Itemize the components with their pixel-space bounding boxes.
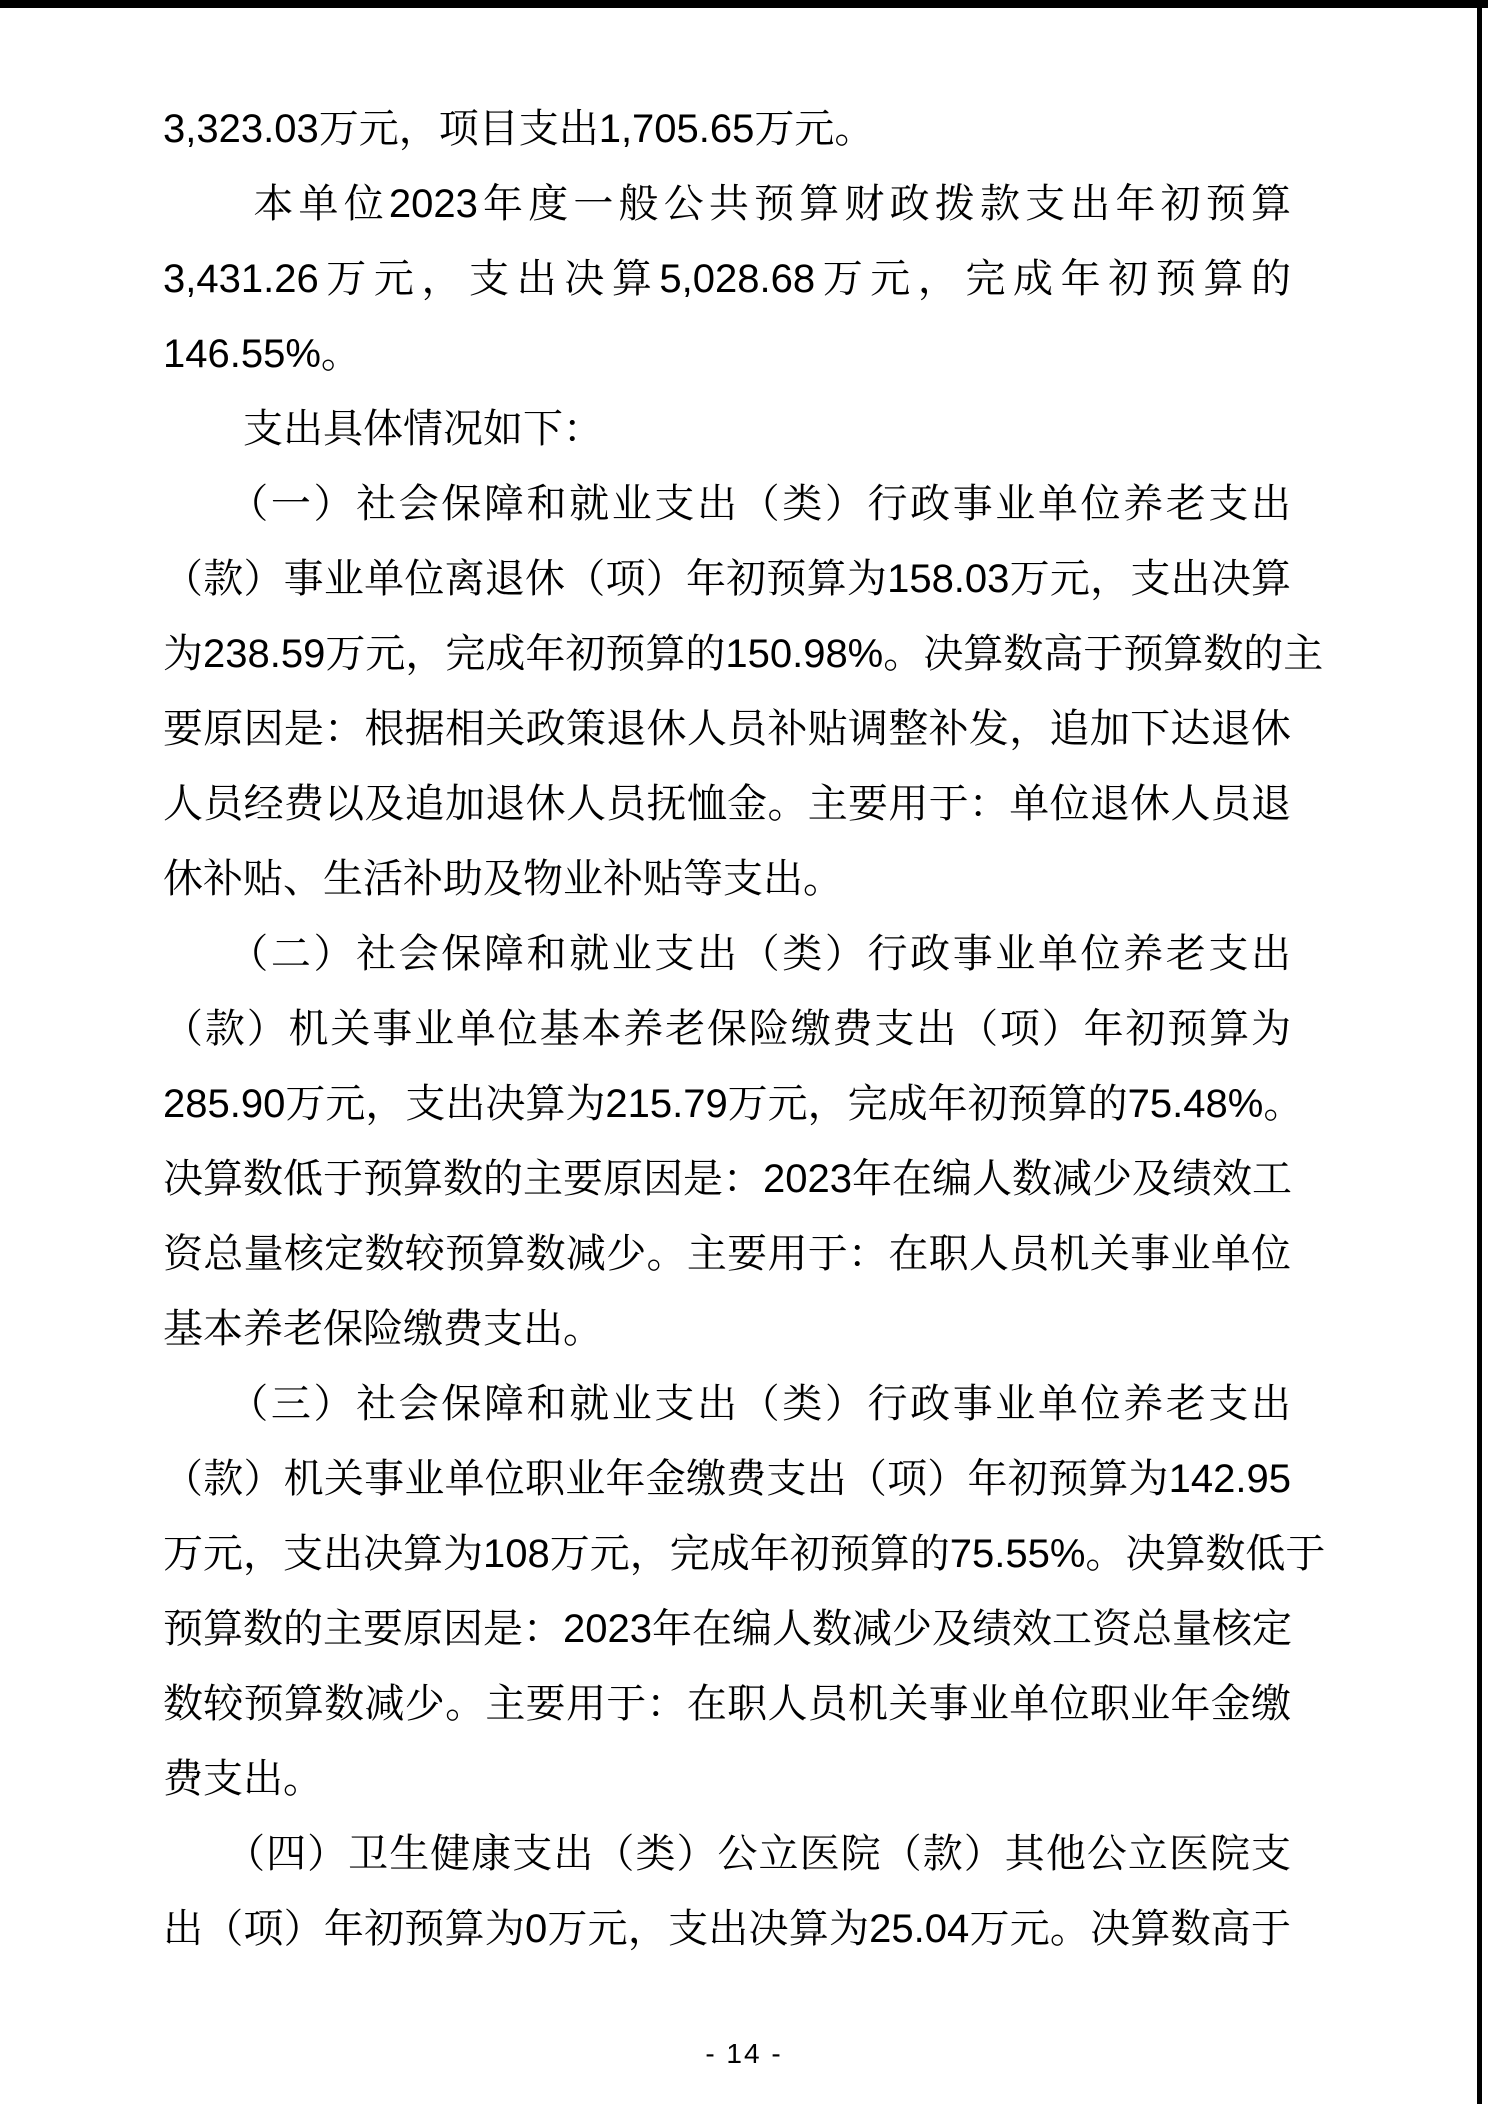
scan-artifact-right-edge (1477, 0, 1482, 2104)
text-line: 万元，支出决算为108万元，完成年初预算的75.55%。决算数低于 (163, 1517, 1291, 1592)
text-line: 人员经费以及追加退休人员抚恤金。主要用于：单位退休人员退 (163, 767, 1291, 842)
text-line: 数较预算数减少。主要用于：在职人员机关事业单位职业年金缴 (163, 1667, 1291, 1742)
text-line: 休补贴、生活补助及物业补贴等支出。 (163, 842, 1291, 917)
text-line: （款）机关事业单位职业年金缴费支出（项）年初预算为142.95 (163, 1442, 1291, 1517)
text-line: 决算数低于预算数的主要原因是：2023年在编人数减少及绩效工 (163, 1142, 1291, 1217)
text-line: 146.55%。 (163, 317, 1291, 392)
text-line: （款）机关事业单位基本养老保险缴费支出（项）年初预算为 (163, 992, 1291, 1067)
text-line: 3,323.03万元，项目支出1,705.65万元。 (163, 92, 1291, 167)
text-line: 资总量核定数较预算数减少。主要用于：在职人员机关事业单位 (163, 1217, 1291, 1292)
text-line: 3,431.26万元，支出决算5,028.68万元，完成年初预算的 (163, 242, 1291, 317)
text-line: 285.90万元，支出决算为215.79万元，完成年初预算的75.48%。 (163, 1067, 1291, 1142)
document-page: 3,323.03万元，项目支出1,705.65万元。 本单位2023年度一般公共… (0, 0, 1488, 2104)
text-line: 为238.59万元，完成年初预算的150.98%。决算数高于预算数的主 (163, 617, 1291, 692)
text-line: 出（项）年初预算为0万元，支出决算为25.04万元。决算数高于 (163, 1892, 1291, 1967)
page-number: - 14 - (0, 2038, 1488, 2070)
text-line: 本单位2023年度一般公共预算财政拨款支出年初预算 (163, 167, 1291, 242)
text-line: 要原因是：根据相关政策退休人员补贴调整补发，追加下达退休 (163, 692, 1291, 767)
text-line: 基本养老保险缴费支出。 (163, 1292, 1291, 1367)
body-text: 3,323.03万元，项目支出1,705.65万元。 本单位2023年度一般公共… (163, 92, 1291, 1967)
text-line: （二）社会保障和就业支出（类）行政事业单位养老支出 (163, 917, 1291, 992)
text-line: 预算数的主要原因是：2023年在编人数减少及绩效工资总量核定 (163, 1592, 1291, 1667)
scan-artifact-top-edge (0, 0, 1488, 8)
text-line: 支出具体情况如下： (163, 392, 1291, 467)
text-line: （四）卫生健康支出（类）公立医院（款）其他公立医院支 (163, 1817, 1291, 1892)
text-line: （一）社会保障和就业支出（类）行政事业单位养老支出 (163, 467, 1291, 542)
text-line: （款）事业单位离退休（项）年初预算为158.03万元，支出决算 (163, 542, 1291, 617)
text-line: （三）社会保障和就业支出（类）行政事业单位养老支出 (163, 1367, 1291, 1442)
text-line: 费支出。 (163, 1742, 1291, 1817)
